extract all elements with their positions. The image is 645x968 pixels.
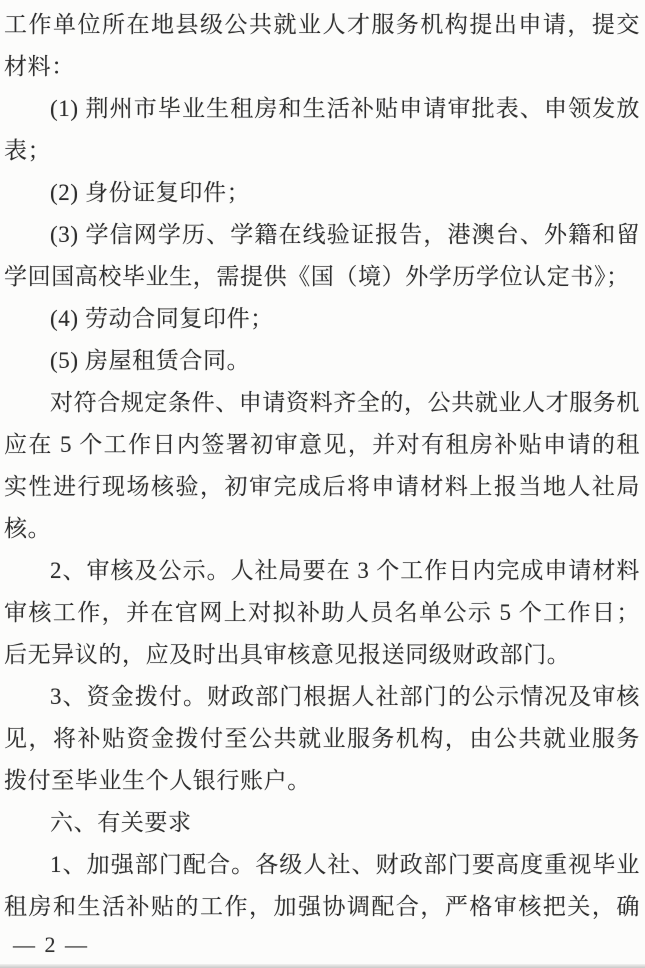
text-line: 拨付至毕业生个人银行账户。	[4, 760, 640, 802]
text-line: 对符合规定条件、申请资料齐全的，公共就业人才服务机构	[4, 382, 640, 424]
document-body: 工作单位所在地县级公共就业人才服务机构提出申请，提交以下 材料： (1) 荆州市…	[4, 4, 640, 928]
text-line: 六、有关要求	[4, 802, 640, 844]
text-line: 表；	[4, 130, 640, 172]
text-line: 核。	[4, 508, 640, 550]
text-line: 后无异议的，应及时出具审核意见报送同级财政部门。	[4, 634, 640, 676]
text-line: 学回国高校毕业生，需提供《国（境）外学历学位认定书》；	[4, 256, 640, 298]
document-page: 工作单位所在地县级公共就业人才服务机构提出申请，提交以下 材料： (1) 荆州市…	[0, 0, 645, 968]
text-line: 材料：	[4, 46, 640, 88]
text-line: 1、加强部门配合。各级人社、财政部门要高度重视毕业生	[4, 844, 640, 886]
text-line: (2) 身份证复印件；	[4, 172, 640, 214]
scan-bottom-edge	[0, 964, 645, 968]
text-line: 2、审核及公示。人社局要在 3 个工作日内完成申请材料的	[4, 550, 640, 592]
text-line: (5) 房屋租赁合同。	[4, 340, 640, 382]
text-line: (4) 劳动合同复印件；	[4, 298, 640, 340]
page-number: — 2 —	[4, 930, 640, 960]
text-line: (3) 学信网学历、学籍在线验证报告，港澳台、外籍和留	[4, 214, 640, 256]
text-line: 3、资金拨付。财政部门根据人社部门的公示情况及审核意	[4, 676, 640, 718]
text-line: 实性进行现场核验，初审完成后将申请材料上报当地人社局审	[4, 466, 640, 508]
text-line: 工作单位所在地县级公共就业人才服务机构提出申请，提交以下	[4, 4, 640, 46]
text-line: (1) 荆州市毕业生租房和生活补贴申请审批表、申领发放	[4, 88, 640, 130]
text-line: 见，将补贴资金拨付至公共就业服务机构，由公共就业服务机构	[4, 718, 640, 760]
text-line: 审核工作，并在官网上对拟补助人员名单公示 5 个工作日；公示	[4, 592, 640, 634]
text-line: 租房和生活补贴的工作，加强协调配合，严格审核把关，确保荆	[4, 886, 640, 928]
text-line: 应在 5 个工作日内签署初审意见，并对有租房补贴申请的租房真	[4, 424, 640, 466]
